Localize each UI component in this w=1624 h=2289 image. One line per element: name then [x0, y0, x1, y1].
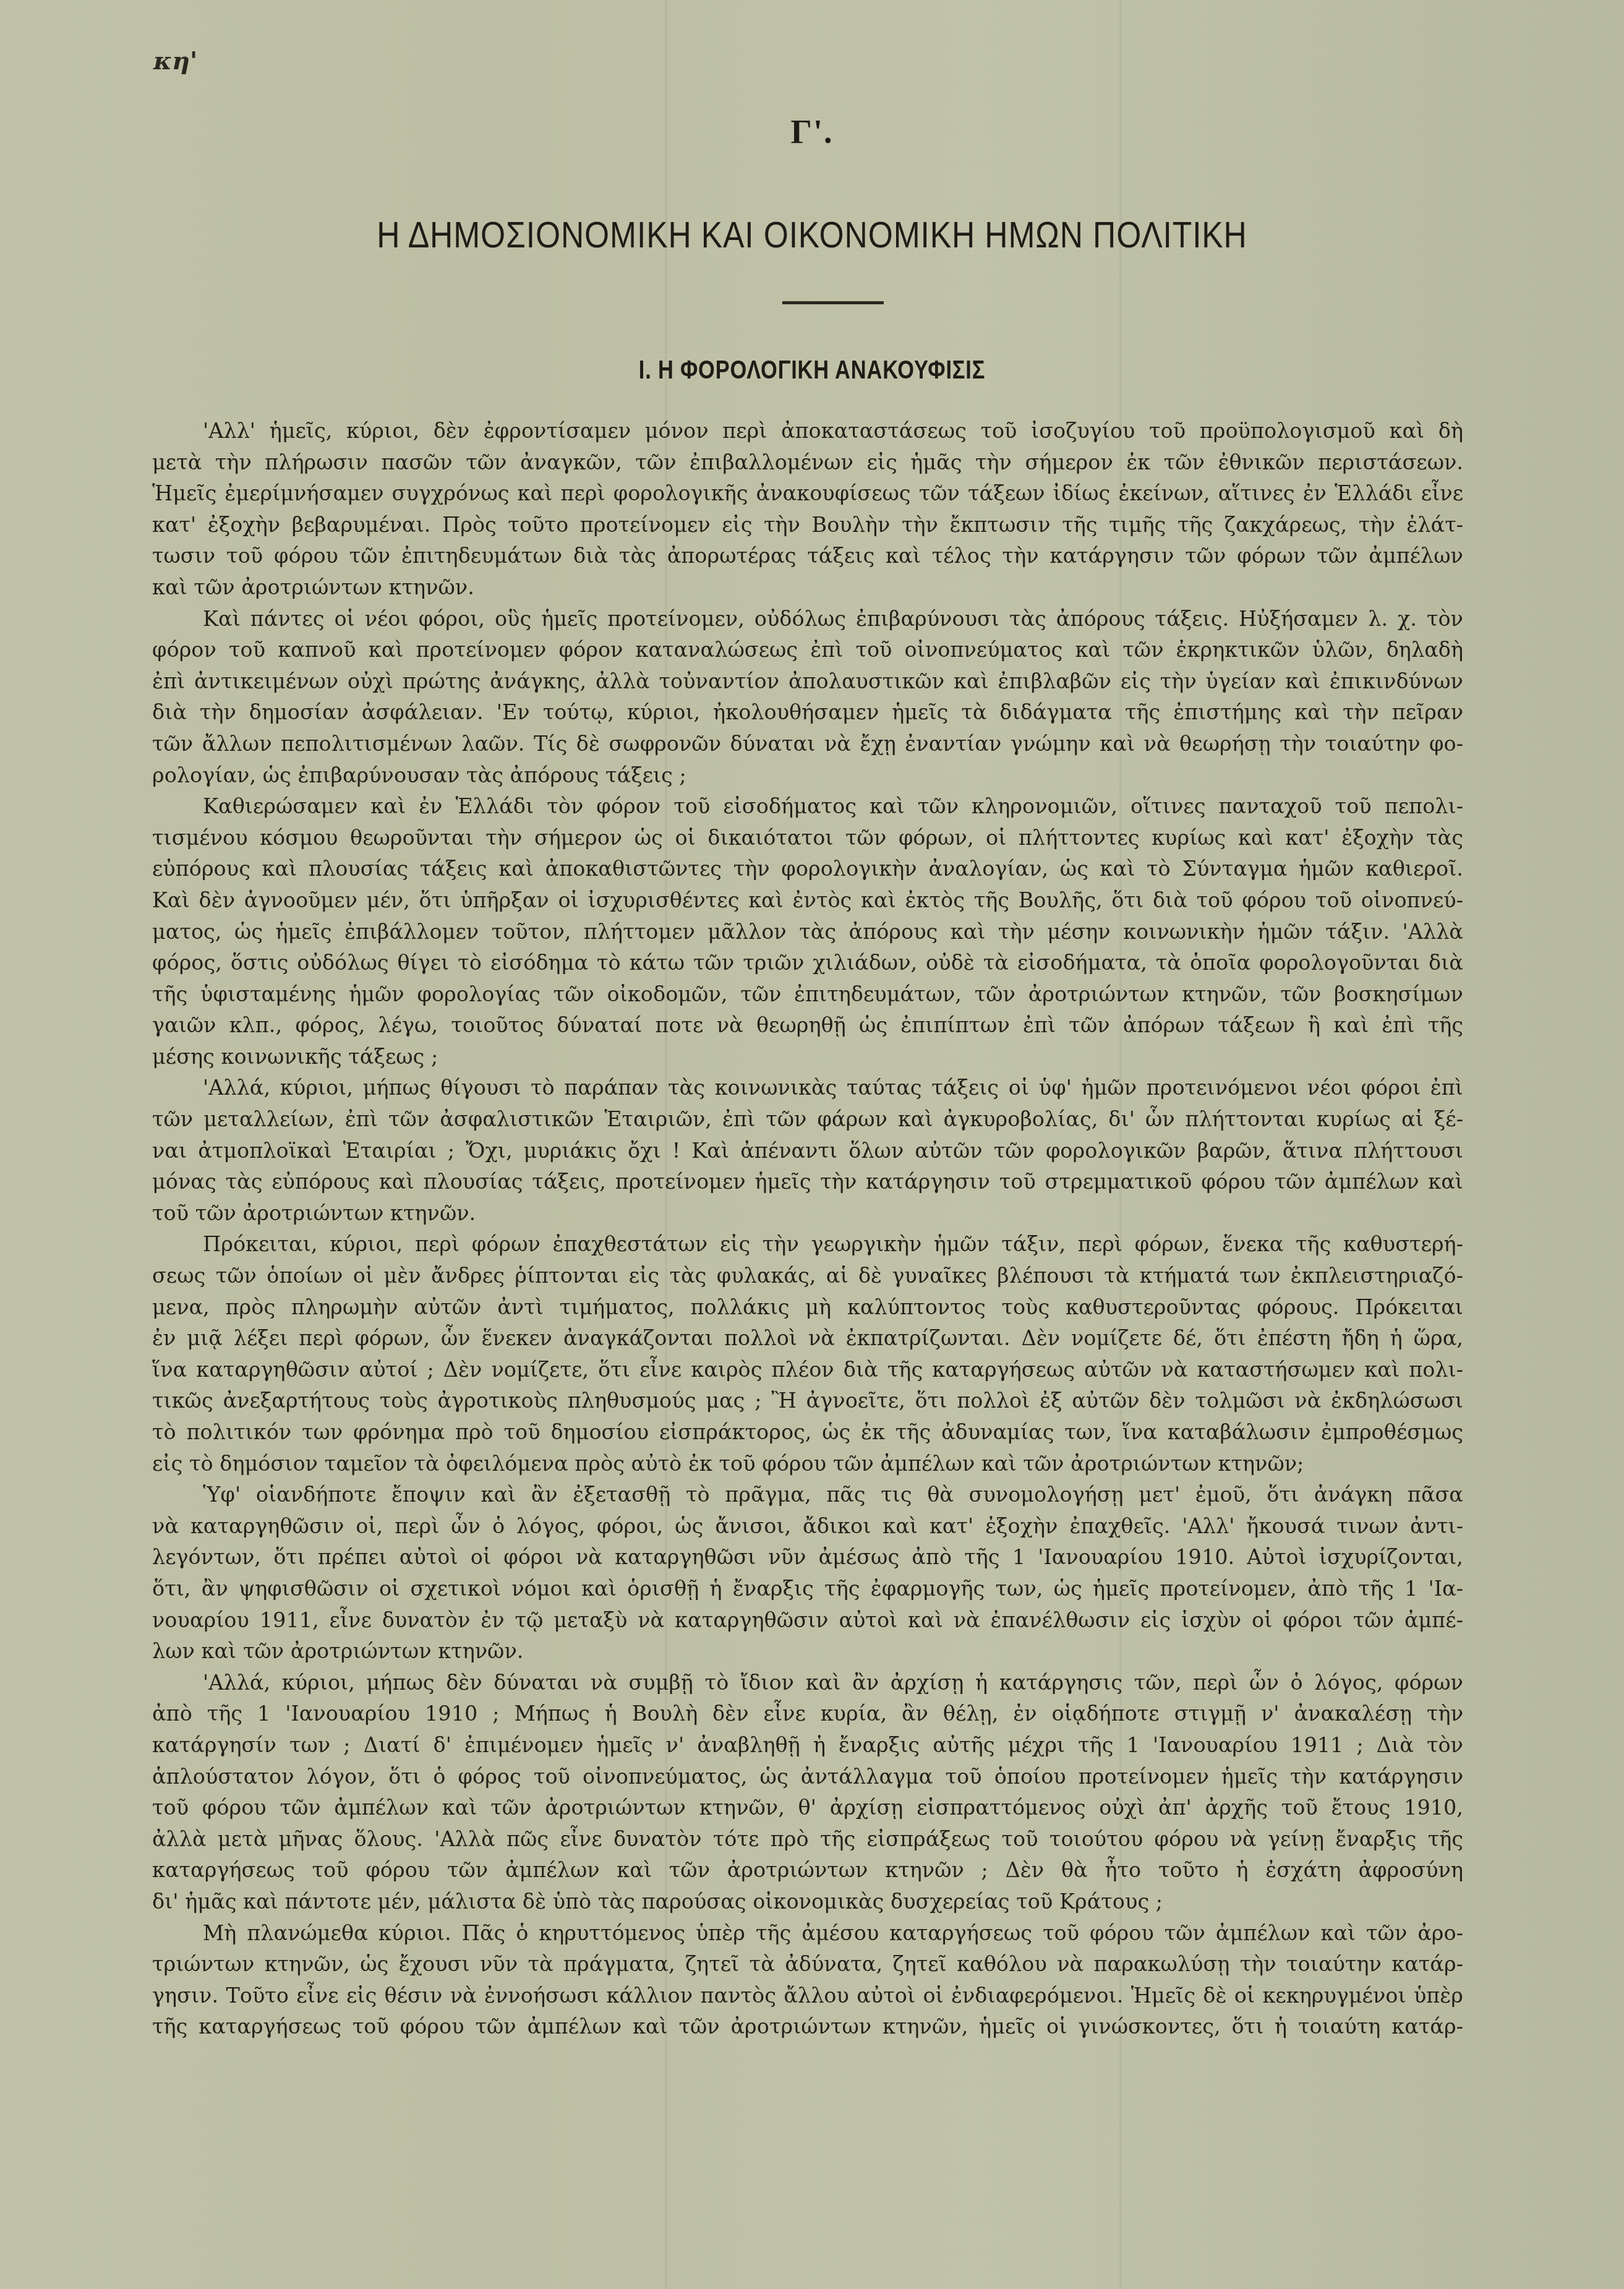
- text-line: ρολογίαν, ὡς ἐπιβαρύνουσαν τὰς ἀπόρους τ…: [152, 760, 1463, 792]
- body-text: 'Αλλ' ἡμεῖς, κύριοι, δὲν ἐφροντίσαμεν μό…: [152, 416, 1463, 2043]
- text-line: Καθιερώσαμεν καὶ ἐν Ἑλλάδι τὸν φόρον τοῦ…: [152, 791, 1463, 823]
- text-line: γησιν. Τοῦτο εἶνε εἰς θέσιν νὰ ἐννοήσωσι…: [152, 1980, 1463, 2012]
- text-line: τριώντων κτηνῶν, ὡς ἔχουσι νῦν τὰ πράγμα…: [152, 1949, 1463, 1980]
- text-line: τικῶς ἀνεξαρτήτους τοὺς ἀγροτικοὺς πληθυ…: [152, 1385, 1463, 1417]
- paragraph: Καθιερώσαμεν καὶ ἐν Ἑλλάδι τὸν φόρον τοῦ…: [152, 791, 1463, 1072]
- text-line: τὸ πολιτικόν των φρόνημα πρὸ τοῦ δημοσίο…: [152, 1417, 1463, 1448]
- text-line: ἐπὶ ἀντικειμένων οὐχὶ πρώτης ἀνάγκης, ἀλ…: [152, 666, 1463, 698]
- text-line: τισμένου κόσμου θεωροῦνται τὴν σήμερον ὡ…: [152, 823, 1463, 854]
- text-line: τοῦ τῶν ἀροτριώντων κτηνῶν.: [152, 1198, 1463, 1230]
- title-divider: [782, 301, 884, 304]
- text-line: λων καὶ τῶν ἀροτριώντων κτηνῶν.: [152, 1636, 1463, 1667]
- text-line: φόρος, ὅστις οὐδόλως θίγει τὸ εἰσόδημα τ…: [152, 948, 1463, 979]
- text-line: τῶν ἄλλων πεπολιτισμένων λαῶν. Τίς δὲ σω…: [152, 729, 1463, 760]
- text-line: νουαρίου 1911, εἶνε δυνατὸν ἐν τῷ μεταξὺ…: [152, 1605, 1463, 1637]
- text-line: διὰ τὴν δημοσίαν ἀσφάλειαν. 'Εν τούτῳ, κ…: [152, 697, 1463, 729]
- text-line: Καὶ δὲν ἀγνοοῦμεν μέν, ὅτι ὑπῆρξαν οἱ ἰσ…: [152, 885, 1463, 917]
- text-line: ὅτι, ἂν ψηφισθῶσιν οἱ σχετικοὶ νόμοι καὶ…: [152, 1573, 1463, 1605]
- text-line: τῆς ὑφισταμένης ἡμῶν φορολογίας τῶν οἰκο…: [152, 979, 1463, 1011]
- paragraph: Πρόκειται, κύριοι, περὶ φόρων ἐπαχθεστάτ…: [152, 1229, 1463, 1479]
- text-line: τοῦ φόρου τῶν ἀμπέλων καὶ τῶν ἀροτριώντω…: [152, 1792, 1463, 1824]
- text-line: ναι ἀτμοπλοϊκαὶ Ἑταιρίαι ; Ὄχι, μυριάκις…: [152, 1136, 1463, 1167]
- text-line: φόρον τοῦ καπνοῦ καὶ προτείνομεν φόρον κ…: [152, 635, 1463, 666]
- text-line: δι' ἡμᾶς καὶ πάντοτε μέν, μάλιστα δὲ ὑπὸ…: [152, 1886, 1463, 1918]
- text-line: τῶν μεταλλείων, ἐπὶ τῶν ἀσφαλιστικῶν Ἑτα…: [152, 1104, 1463, 1136]
- text-line: μόνας τὰς εὐπόρους καὶ πλουσίας τάξεις, …: [152, 1166, 1463, 1198]
- text-line: 'Αλλ' ἡμεῖς, κύριοι, δὲν ἐφροντίσαμεν μό…: [152, 416, 1463, 447]
- text-line: ἀπὸ τῆς 1 'Ιανουαρίου 1910 ; Μήπως ἡ Βου…: [152, 1698, 1463, 1730]
- text-line: νὰ καταργηθῶσιν οἱ, περὶ ὧν ὁ λόγος, φόρ…: [152, 1511, 1463, 1542]
- paragraph: 'Αλλά, κύριοι, μήπως δὲν δύναται νὰ συμβ…: [152, 1667, 1463, 1918]
- text-line: μετὰ τὴν πλήρωσιν πασῶν τῶν ἀναγκῶν, τῶν…: [152, 447, 1463, 479]
- text-line: 'Αλλά, κύριοι, μήπως δὲν δύναται νὰ συμβ…: [152, 1667, 1463, 1699]
- paragraph: 'Αλλά, κύριοι, μήπως θίγουσι τὸ παράπαν …: [152, 1072, 1463, 1229]
- page-title: Η ΔΗΜΟΣΙΟΝΟΜΙΚΗ ΚΑΙ ΟΙΚΟΝΟΜΙΚΗ ΗΜΩΝ ΠΟΛΙ…: [114, 213, 1510, 256]
- text-line: κατ' ἐξοχὴν βεβαρυμέναι. Πρὸς τοῦτο προτ…: [152, 510, 1463, 541]
- text-line: ἀλλὰ μετὰ μῆνας ὅλους. 'Αλλὰ πῶς εἶνε δυ…: [152, 1824, 1463, 1855]
- text-line: Ἡμεῖς ἐμερίμνήσαμεν συγχρόνως καὶ περὶ φ…: [152, 478, 1463, 510]
- scanned-page: κη' Γ'. Η ΔΗΜΟΣΙΟΝΟΜΙΚΗ ΚΑΙ ΟΙΚΟΝΟΜΙΚΗ Η…: [0, 0, 1624, 2289]
- text-line: εἰς τὸ δημόσιον ταμεῖον τὰ ὀφειλόμενα πρ…: [152, 1448, 1463, 1480]
- text-line: σεως τῶν ὁποίων οἱ μὲν ἄνδρες ῥίπτονται …: [152, 1260, 1463, 1292]
- text-line: ματος, ὡς ἡμεῖς ἐπιβάλλομεν τοῦτον, πλήτ…: [152, 917, 1463, 948]
- text-line: καὶ τῶν ἀροτριώντων κτηνῶν.: [152, 572, 1463, 604]
- text-line: μέσης κοινωνικῆς τάξεως ;: [152, 1042, 1463, 1073]
- paragraph: Καὶ πάντες οἱ νέοι φόροι, οὓς ἡμεῖς προτ…: [152, 604, 1463, 792]
- text-line: γαιῶν κλπ., φόρος, λέγω, τοιοῦτος δύνατα…: [152, 1010, 1463, 1042]
- text-line: καταργήσεως τοῦ φόρου τῶν ἀμπέλων καὶ τῶ…: [152, 1855, 1463, 1886]
- text-line: Μὴ πλανώμεθα κύριοι. Πᾶς ὁ κηρυττόμενος …: [152, 1918, 1463, 1949]
- text-line: κατάργησίν των ; Διατί δ' ἐπιμένομεν ἡμε…: [152, 1730, 1463, 1761]
- paragraph: Μὴ πλανώμεθα κύριοι. Πᾶς ὁ κηρυττόμενος …: [152, 1918, 1463, 2043]
- section-subtitle: I. Η ΦΟΡΟΛΟΓΙΚΗ ΑΝΑΚΟΥΦΙΣΙΣ: [146, 355, 1477, 385]
- text-line: Ὑφ' οἱανδήποτε ἔποψιν καὶ ἂν ἐξετασθῇ τὸ…: [152, 1479, 1463, 1511]
- section-letter: Γ'.: [0, 113, 1624, 151]
- text-line: τωσιν τοῦ φόρου τῶν ἐπιτηδευμάτων διὰ τὰ…: [152, 541, 1463, 572]
- text-line: λεγόντων, ὅτι πρέπει αὐτοὶ οἱ φόροι νὰ κ…: [152, 1542, 1463, 1573]
- text-line: τῆς καταργήσεως τοῦ φόρου τῶν ἀμπέλων κα…: [152, 2011, 1463, 2043]
- text-line: μενα, πρὸς πληρωμὴν αὐτῶν ἀντὶ τιμήματος…: [152, 1292, 1463, 1324]
- paragraph: 'Αλλ' ἡμεῖς, κύριοι, δὲν ἐφροντίσαμεν μό…: [152, 416, 1463, 604]
- text-line: ἐν μιᾷ λέξει περὶ φόρων, ὧν ἕνεκεν ἀναγκ…: [152, 1323, 1463, 1354]
- text-line: 'Αλλά, κύριοι, μήπως θίγουσι τὸ παράπαν …: [152, 1072, 1463, 1104]
- text-line: Καὶ πάντες οἱ νέοι φόροι, οὓς ἡμεῖς προτ…: [152, 604, 1463, 635]
- text-line: Πρόκειται, κύριοι, περὶ φόρων ἐπαχθεστάτ…: [152, 1229, 1463, 1260]
- page-number: κη': [153, 46, 197, 75]
- text-line: εὐπόρους καὶ πλουσίας τάξεις καὶ ἀποκαθι…: [152, 854, 1463, 885]
- paragraph: Ὑφ' οἱανδήποτε ἔποψιν καὶ ἂν ἐξετασθῇ τὸ…: [152, 1479, 1463, 1667]
- text-line: ἵνα καταργηθῶσιν αὐτοί ; Δὲν νομίζετε, ὅ…: [152, 1354, 1463, 1386]
- text-line: ἁπλούστατον λόγον, ὅτι ὁ φόρος τοῦ οἰνοπ…: [152, 1761, 1463, 1793]
